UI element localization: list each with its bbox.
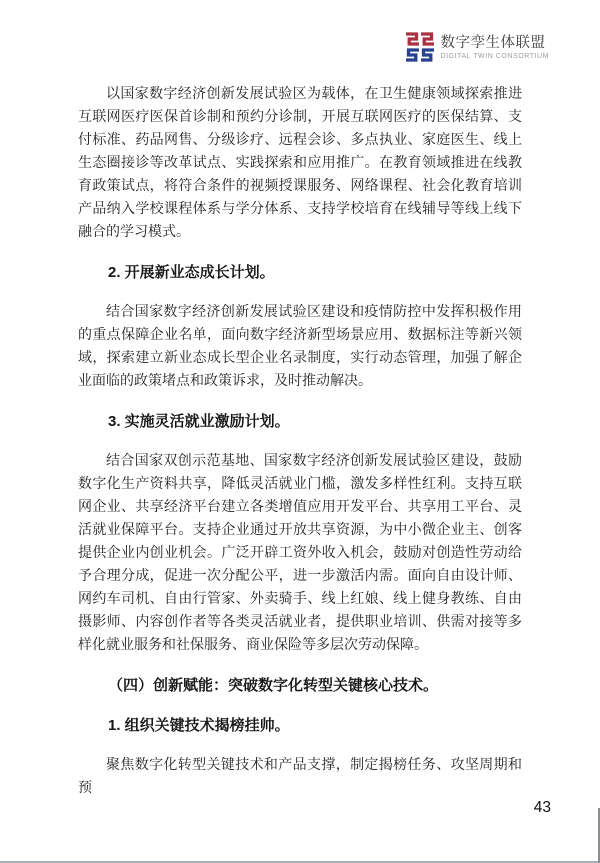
document-body: 以国家数字经济创新发展试验区为载体，在卫生健康领域探索推进互联网医疗医保首诊制和… [78,83,522,800]
paragraph-new-business-plan: 结合国家数字经济创新发展试验区建设和疫情防控中发挥积极作用的重点保障企业名单，面… [78,301,522,393]
logo-text: 数字孪生体联盟 DIGITAL TWIN CONSORTIUM [441,34,549,61]
paragraph-key-tech-rollcall: 聚焦数字化转型关键技术和产品支撑，制定揭榜任务、攻坚周期和预 [78,754,522,800]
document-page: 数字孪生体联盟 DIGITAL TWIN CONSORTIUM 以国家数字经济创… [0,0,600,863]
paragraph-healthcare-education: 以国家数字经济创新发展试验区为载体，在卫生健康领域探索推进互联网医疗医保首诊制和… [78,83,522,244]
heading-flexible-employment-plan: 3. 实施灵活就业激励计划。 [78,410,522,433]
logo-subtitle: DIGITAL TWIN CONSORTIUM [441,52,549,61]
digital-twin-consortium-logo-icon [406,32,434,62]
logo-title: 数字孪生体联盟 [441,34,549,52]
logo-glyph-top-right [421,34,434,44]
logo-glyph-bottom-right [421,50,434,60]
logo-glyph-top-left [406,34,419,44]
heading-new-business-plan: 2. 开展新业态成长计划。 [78,261,522,284]
paragraph-flexible-employment-plan: 结合国家双创示范基地、国家数字经济创新发展试验区建设，鼓励数字化生产资料共享，降… [78,450,522,657]
logo-glyph-bottom-left [406,50,419,60]
heading-key-tech-rollcall: 1. 组织关键技术揭榜挂帅。 [78,714,522,737]
page-number: 43 [534,799,551,817]
page-header: 数字孪生体联盟 DIGITAL TWIN CONSORTIUM [406,32,549,62]
heading-innovation-empowerment: （四）创新赋能：突破数字化转型关键核心技术。 [78,674,522,697]
